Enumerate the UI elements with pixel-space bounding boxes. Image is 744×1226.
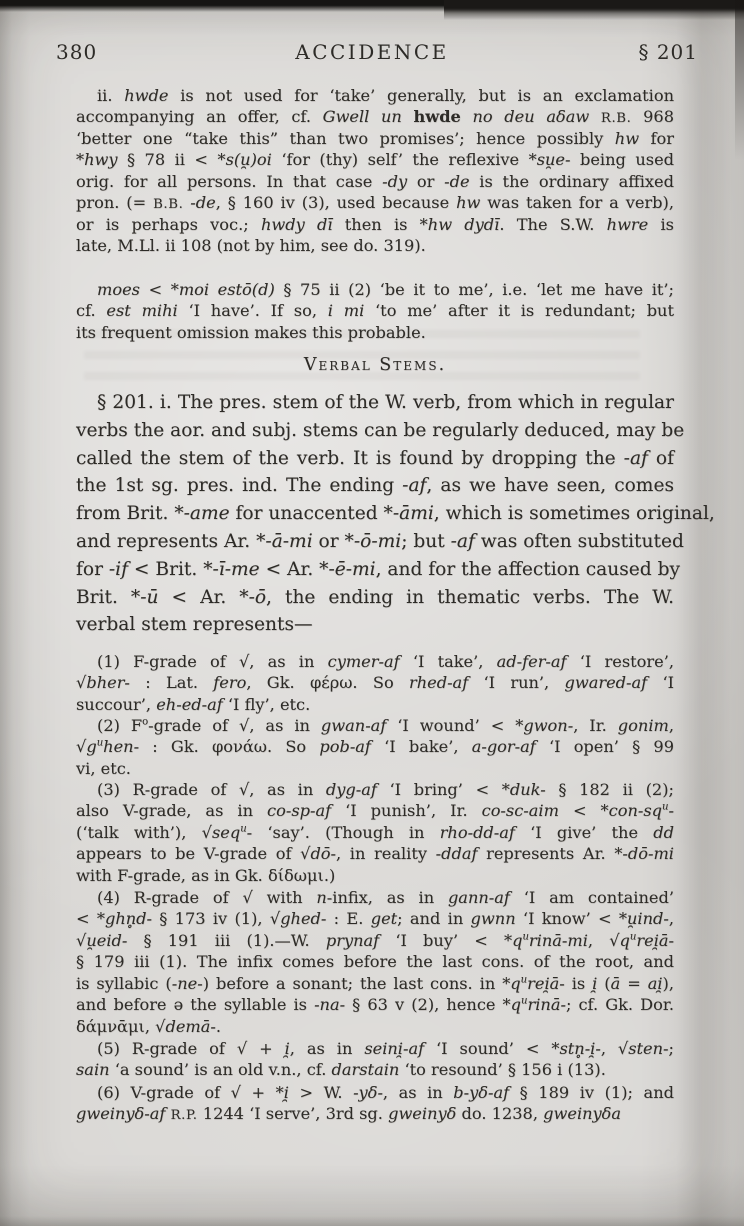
text-line: pron. (= B.B. -de, § 160 iv (3), used be… [76, 192, 674, 213]
scanned-book-page: 380 ACCIDENCE § 201 ii. hwde is not used… [0, 0, 744, 1226]
text-line: sain ‘a sound’ is an old v.n., cf. darst… [76, 1059, 674, 1080]
text-line: *hwy § 78 ii < *s(u̯)oi ‘for (thy) self’… [76, 149, 674, 170]
text-line: verbal stem represents— [76, 611, 674, 639]
text-line: (2) Fo-grade of √, as in gwan-af ‘I woun… [76, 715, 674, 736]
text-line: ‘better one “take this” than two promise… [76, 128, 674, 149]
text-line: for -if < Brit. *-ī-me < Ar. *-ē-mi, and… [76, 556, 674, 584]
text-line: § 179 iii (1). The infix comes before th… [76, 951, 674, 972]
para-201: § 201. i. The pres. stem of the W. verb,… [76, 389, 674, 639]
text-line: (6) V-grade of √ + *i̯ > W. -yδ-, as in … [76, 1082, 674, 1103]
text-line: gweinyδ-af R.P. 1244 ‘I serve’, 3rd sg. … [76, 1103, 674, 1124]
note-hwde: ii. hwde is not used for ‘take’ generall… [76, 85, 674, 257]
text-line: (‘talk with’), √sequ- ‘say’. (Though in … [76, 822, 674, 843]
text-line: succour’, eh-ed-af ‘I fly’, etc. [76, 694, 674, 715]
text-line: (5) R-grade of √ + i̯, as in seini̯-af ‘… [76, 1038, 674, 1059]
scan-edge-top-right [444, 0, 744, 20]
text-line: called the stem of the verb. It is found… [76, 445, 674, 473]
text-line: verbs the aor. and subj. stems can be re… [76, 417, 674, 445]
scan-edge-left [0, 0, 12, 1226]
scan-edge-bottom [0, 1216, 744, 1226]
text-line: § 201. i. The pres. stem of the W. verb,… [76, 389, 674, 417]
item-6: (6) V-grade of √ + *i̯ > W. -yδ-, as in … [76, 1082, 674, 1125]
item-4: (4) R-grade of √ with n-infix, as in gan… [76, 887, 674, 1037]
text-line: and before ə the syllable is -na- § 63 v… [76, 994, 674, 1015]
text-line: (3) R-grade of √, as in dyg-af ‘I bring’… [76, 779, 674, 800]
text-line: and represents Ar. *-ā-mi or *-ō-mi; but… [76, 528, 674, 556]
text-line: cf. est mihi ‘I have’. If so, i mi ‘to m… [76, 300, 674, 321]
text-line: √u̯eid- § 191 iii (1).—W. prynaf ‘I buy’… [76, 930, 674, 951]
text-line: (1) F-grade of √, as in cymer-af ‘I take… [76, 651, 674, 672]
item-1: (1) F-grade of √, as in cymer-af ‘I take… [76, 651, 674, 715]
scan-edge-right [735, 0, 744, 160]
text-line: is syllabic (-ne-) before a sonant; the … [76, 973, 674, 994]
text-line: also V-grade, as in co-sp-af ‘I punish’,… [76, 800, 674, 821]
text-line: late, M.Ll. ii 108 (not by him, see do. … [76, 235, 674, 256]
text-line: with F-grade, as in Gk. δίδωμι.) [76, 865, 674, 886]
item-5: (5) R-grade of √ + i̯, as in seini̯-af ‘… [76, 1038, 674, 1081]
text-line: < *ghn̥d- § 173 iv (1), √ghed- : E. get;… [76, 908, 674, 929]
text-line: δάμνᾱμι, √demā-. [76, 1016, 674, 1037]
text-line: appears to be V-grade of √dō-, in realit… [76, 843, 674, 864]
text-line: ii. hwde is not used for ‘take’ generall… [76, 85, 674, 106]
text-line: √bher- : Lat. fero, Gk. φέρω. So rhed-af… [76, 672, 674, 693]
text-line: moes < *moi estō(d) § 75 ii (2) ‘be it t… [76, 279, 674, 300]
text-line: or is perhaps voc.; hwdy dī then is *hw … [76, 214, 674, 235]
showthrough-smudge [84, 330, 640, 388]
text-line: accompanying an offer, cf. Gwell un hwde… [76, 106, 674, 127]
text-line: Brit. *-ū < Ar. *-ō, the ending in thema… [76, 584, 674, 612]
item-2: (2) Fo-grade of √, as in gwan-af ‘I woun… [76, 715, 674, 779]
text-line: from Brit. *-ame for unaccented *-āmi, w… [76, 500, 674, 528]
text-line: the 1st sg. pres. ind. The ending -af, a… [76, 472, 674, 500]
text-column: ii. hwde is not used for ‘take’ generall… [76, 0, 674, 1226]
text-line: vi, etc. [76, 758, 674, 779]
gutter-shadow [676, 0, 732, 1226]
text-line: orig. for all persons. In that case -dy … [76, 171, 674, 192]
item-3: (3) R-grade of √, as in dyg-af ‘I bring’… [76, 779, 674, 886]
text-line: (4) R-grade of √ with n-infix, as in gan… [76, 887, 674, 908]
text-line: √guhen- : Gk. φονάω. So pob-af ‘I bake’,… [76, 736, 674, 757]
